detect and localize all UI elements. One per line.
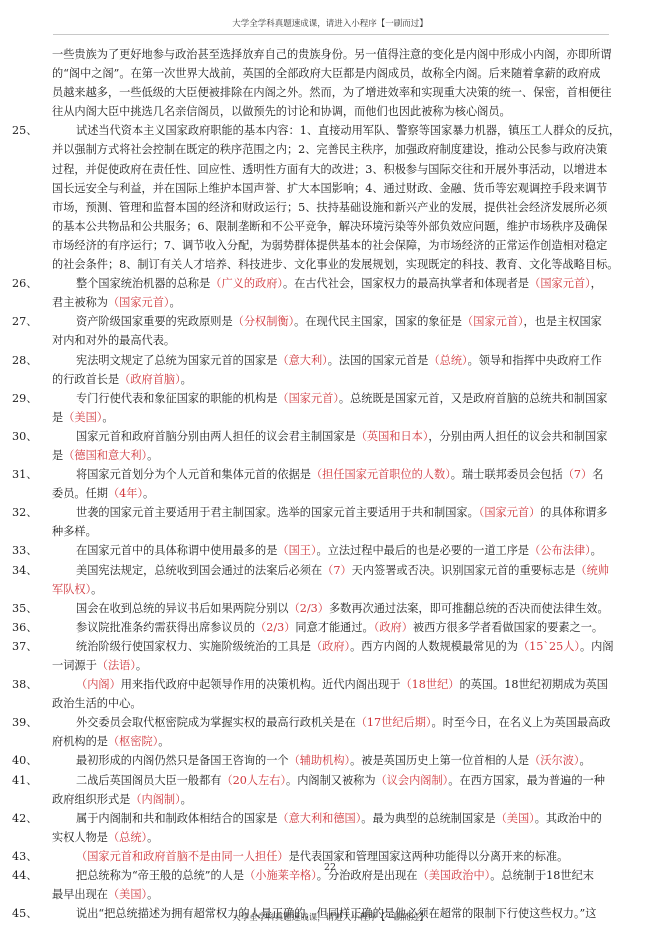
question-text: 。其政治中的 (535, 812, 602, 825)
question-list: 25、试述当代资本主义国家政府职能的基本内容：1、直接动用军队、警察等国家暴力机… (32, 121, 632, 923)
question-text: 委员。任期 (52, 487, 108, 500)
question-item: 25、试述当代资本主义国家政府职能的基本内容：1、直接动用军队、警察等国家暴力机… (32, 121, 632, 274)
question-text: 。 (143, 487, 154, 500)
answer-text: （美国） (63, 411, 102, 424)
question-line: （内阁）用来指代政府中起领导作用的决策机构。近代内阁出现于（18世纪）的英国。1… (52, 675, 632, 694)
question-line: 一词源于（法语）。 (52, 656, 632, 675)
answer-text: （7） (563, 468, 593, 481)
question-text: 。 (147, 888, 158, 901)
question-text: 将国家元首划分为个人元首和集体元首的依据是 (76, 468, 311, 481)
question-line: 世袭的国家元首主要适用于君主制国家。选举的国家元首主要适用于共和制国家。（国家元… (52, 503, 632, 522)
question-number: 41、 (12, 771, 40, 790)
question-item: 32、世袭的国家元首主要适用于君主制国家。选举的国家元首主要适用于共和制国家。（… (32, 503, 632, 541)
question-text: 被西方很多学者看做国家的要素之一。 (413, 621, 603, 634)
answer-text: （国家元首） (108, 296, 170, 309)
question-text: 。 (181, 373, 192, 386)
question-line: 市场经济的有序运行；7、调节收入分配，为弱势群体提供基本的社会保障，为市场经济的… (52, 236, 632, 255)
question-text: 种多样。 (52, 525, 97, 538)
question-text: 二战后英国阁员大臣一般都有 (76, 774, 221, 787)
answer-text: （国家元首） (462, 315, 524, 328)
question-item: 34、美国宪法规定，总统收到国会通过的法案后必须在（7）天内签署或否决。识别国家… (32, 561, 632, 599)
question-item: 27、资产阶级国家重要的宪政原则是（分权制衡）。在现代民主国家，国家的象征是（国… (32, 312, 632, 350)
question-text: 市场，预测、管理和监督本国的经济和财政运行；5、扶持基础设施和新兴产业的发展，提… (52, 201, 607, 214)
question-text: 。时至今日，在名义上为英国最高政 (431, 716, 610, 729)
question-text: 多数再次通过法案，即可推翻总统的否决而使法律生效。 (329, 602, 609, 615)
question-text: 。 (102, 411, 113, 424)
question-text: 外交委员会取代枢密院成为掌握实权的最高行政机关是在 (76, 716, 356, 729)
question-text: 。瑞士联邦委员会包括 (451, 468, 563, 481)
answer-text: （内阁制） (130, 793, 180, 806)
question-text: 是 (52, 411, 63, 424)
question-line: 统治阶级行使国家权力、实施阶级统治的工具是（政府）。西方内阁的人数规模最常见的为… (52, 637, 632, 656)
document-body: 一些贵族为了更好地参与政治甚至选择放弃自己的贵族身份。另一值得注意的变化是内阁中… (32, 45, 632, 923)
question-number: 30、 (12, 427, 40, 446)
question-item: 38、（内阁）用来指代政府中起领导作用的决策机构。近代内阁出现于（18世纪）的英… (32, 675, 632, 713)
question-text: 。 (169, 296, 180, 309)
question-text: 试述当代资本主义国家政府职能的基本内容：1、直接动用军队、警察等国家暴力机器，镇… (76, 124, 620, 137)
question-line: 专门行使代表和象征国家的职能的机构是（国家元首）。总统既是国家元首，又是政府首脑… (52, 389, 632, 408)
answer-text: （20人左右） (221, 774, 286, 787)
question-text: 过程，并促使政府在责任性、回应性、透明性方面有大的改进；3、积极参与国际交往和开… (52, 163, 607, 176)
question-item: 36、参议院批准条约需获得出席参议员的（2/3）同意才能通过。（政府）被西方很多… (32, 618, 632, 637)
question-text: 在国家元首中的具体称谓中使用最多的是 (76, 544, 277, 557)
question-line: 的行政首长是（政府首脑）。 (52, 370, 632, 389)
question-number: 29、 (12, 389, 40, 408)
question-text: 。被是英国历史上第一位首相的人是 (350, 754, 529, 767)
question-number: 33、 (12, 541, 40, 560)
question-text: 。 (579, 754, 590, 767)
question-text: 宪法明文规定了总统为国家元首的国家是 (76, 354, 277, 367)
question-text: 的基本公共物品和公共服务；6、限制垄断和不公平竞争，解决环境污染等外部负效应问题… (52, 220, 607, 233)
question-text: 。在现代民主国家，国家的象征是 (294, 315, 462, 328)
page-header: 大学全学科真题速成课，请进入小程序【一刷而过】 (0, 17, 660, 29)
answer-text: （2/3） (289, 602, 329, 615)
question-line: 试述当代资本主义国家政府职能的基本内容：1、直接动用军队、警察等国家暴力机器，镇… (52, 121, 632, 140)
question-number: 36、 (12, 618, 40, 637)
page-number: 22 (0, 862, 660, 873)
question-number: 37、 (12, 637, 40, 656)
question-text: 。总统既是国家元首，又是政府首脑的总统共和制国家 (339, 392, 608, 405)
question-text: 。 (91, 583, 102, 596)
answer-text: （枢密院） (108, 735, 158, 748)
question-line: 的社会条件；8、制订有关人才培养、科技进步、文化事业的发展规划，实现既定的科技、… (52, 255, 632, 274)
question-text: 天内签署或否决。识别国家元首的重要标志是 (352, 564, 576, 577)
question-text: 同意才能通过。 (295, 621, 373, 634)
answer-text: （法语） (97, 659, 136, 672)
question-text: 一词源于 (52, 659, 97, 672)
question-number: 34、 (12, 561, 40, 580)
question-text: 府机构的是 (52, 735, 108, 748)
question-line: 府机构的是（枢密院）。 (52, 732, 632, 751)
answer-text: （国家元首） (277, 392, 339, 405)
question-text: ， (591, 277, 602, 290)
question-line: 属于内阁制和共和制政体相结合的国家是（意大利和德国）。最为典型的总统制国家是（美… (52, 809, 632, 828)
answer-text: （政府） (311, 640, 350, 653)
question-line: 种多样。 (52, 522, 632, 541)
question-text: 。立法过程中最后的也是必要的一道工序是 (317, 544, 530, 557)
answer-text: （总统） (108, 831, 147, 844)
answer-text: （17世纪后期） (356, 716, 432, 729)
question-number: 28、 (12, 351, 40, 370)
question-line: 军队权）。 (52, 580, 632, 599)
question-line: 国长远安全与利益，并在国际上维护本国声誉、扩大本国影响；4、通过财政、金融、货币… (52, 179, 632, 198)
question-text: 。 (136, 659, 147, 672)
question-text: 国长远安全与利益，并在国际上维护本国声誉、扩大本国影响；4、通过财政、金融、货币… (52, 182, 607, 195)
answer-text: 军队权） (52, 583, 91, 596)
answer-text: （政府） (374, 621, 413, 634)
question-text: 专门行使代表和象征国家的职能的机构是 (76, 392, 277, 405)
question-text: 。在古代社会，国家权力的最高执掌者和体现者是 (283, 277, 529, 290)
question-line: 政府组织形式是（内阁制）。 (52, 790, 632, 809)
question-text: 。 (158, 735, 169, 748)
question-item: 41、二战后英国阁员大臣一般都有（20人左右）。内阁制又被称为（议会内阁制）。在… (32, 771, 632, 809)
question-line: 政治生活的中心。 (52, 694, 632, 713)
question-text: 最初形成的内阁仍然只是备国王咨询的一个 (76, 754, 289, 767)
question-item: 35、国会在收到总统的异议书后如果两院分别以（2/3）多数再次通过法案，即可推翻… (32, 599, 632, 618)
answer-text: （统帅 (575, 564, 609, 577)
answer-text: （德国和意大利） (63, 449, 147, 462)
question-line: 最初形成的内阁仍然只是备国王咨询的一个（辅助机构）。被是英国历史上第一位首相的人… (52, 751, 632, 770)
question-item: 37、统治阶级行使国家权力、实施阶级统治的工具是（政府）。西方内阁的人数规模最常… (32, 637, 632, 675)
answer-text: （议会内阁制） (376, 774, 449, 787)
question-item: 39、外交委员会取代枢密院成为掌握实权的最高行政机关是在（17世纪后期）。时至今… (32, 713, 632, 751)
answer-text: （担任国家元首职位的人数） (311, 468, 451, 481)
question-text: 的社会条件；8、制订有关人才培养、科技进步、文化事业的发展规划，实现既定的科技、… (52, 258, 619, 271)
question-text: 用来指代政府中起领导作用的决策机构。近代内阁出现于 (121, 678, 401, 691)
question-text: 。 (591, 544, 602, 557)
question-text: 。领导和指挥中央政府工作 (468, 354, 602, 367)
answer-text: （18世纪） (400, 678, 459, 691)
question-text: 并以强制方式将社会控制在既定的秩序范围之内；2、完善民主秩序，加强政府制度建设，… (52, 143, 607, 156)
answer-text: （广义的政府） (210, 277, 283, 290)
answer-text: （沃尔波） (529, 754, 579, 767)
question-line: 是（美国）。 (52, 408, 632, 427)
question-text: 参议院批准条约需获得出席参议员的 (76, 621, 255, 634)
question-text: 对内和对外的最高代表。 (52, 334, 175, 347)
answer-text: （2/3） (255, 621, 295, 634)
question-text: 。 (147, 831, 158, 844)
header-divider (53, 34, 609, 35)
question-text: 的英国。18世纪初期成为英国 (459, 678, 608, 691)
question-text: 君主被称为 (52, 296, 108, 309)
question-line: 君主被称为（国家元首）。 (52, 293, 632, 312)
question-line: 最早出现在（美国）。 (52, 885, 632, 904)
answer-text: （政府首脑） (119, 373, 181, 386)
question-line: 整个国家统治机器的总称是（广义的政府）。在古代社会，国家权力的最高执掌者和体现者… (52, 274, 632, 293)
question-line: 实权人物是（总统）。 (52, 828, 632, 847)
question-text: 。最为典型的总统制国家是 (361, 812, 495, 825)
answer-text: （国王） (277, 544, 316, 557)
answer-text: （公布法律） (529, 544, 591, 557)
question-line: 国家元首和政府首脑分别由两人担任的议会君主制国家是（英国和日本），分别由两人担任… (52, 427, 632, 446)
question-text: 。 (147, 449, 158, 462)
question-text: 统治阶级行使国家权力、实施阶级统治的工具是 (76, 640, 311, 653)
question-line: 资产阶级国家重要的宪政原则是（分权制衡）。在现代民主国家，国家的象征是（国家元首… (52, 312, 632, 331)
question-number: 35、 (12, 599, 40, 618)
question-line: 在国家元首中的具体称谓中使用最多的是（国王）。立法过程中最后的也是必要的一道工序… (52, 541, 632, 560)
question-number: 25、 (12, 121, 40, 140)
question-number: 31、 (12, 465, 40, 484)
question-text: 属于内阁制和共和制政体相结合的国家是 (76, 812, 277, 825)
question-line: 委员。任期（4年）。 (52, 484, 632, 503)
question-text: 最早出现在 (52, 888, 108, 901)
question-line: 市场，预测、管理和监督本国的经济和财政运行；5、扶持基础设施和新兴产业的发展，提… (52, 198, 632, 217)
question-text: 政治生活的中心。 (52, 697, 142, 710)
answer-text: （国家元首） (529, 277, 591, 290)
answer-text: （国家元首） (479, 506, 541, 519)
question-item: 29、专门行使代表和象征国家的职能的机构是（国家元首）。总统既是国家元首，又是政… (32, 389, 632, 427)
answer-text: （美国） (108, 888, 147, 901)
question-text: 是代表国家和管理国家这两种功能得以分离开来的标准。 (289, 850, 569, 863)
question-text: 。 (181, 793, 192, 806)
intro-line: 的“阁中之阁”。在第一次世界大战前，英国的全部政府大臣都是内阁成员，故称全内阁。… (52, 64, 632, 83)
question-item: 33、在国家元首中的具体称谓中使用最多的是（国王）。立法过程中最后的也是必要的一… (32, 541, 632, 560)
question-number: 42、 (12, 809, 40, 828)
answer-text: （15`25人） (518, 640, 580, 653)
question-text: 美国宪法规定，总统收到国会通过的法案后必须在 (76, 564, 322, 577)
question-text: 的具体称谓多 (540, 506, 607, 519)
question-item: 30、国家元首和政府首脑分别由两人担任的议会君主制国家是（英国和日本），分别由两… (32, 427, 632, 465)
question-item: 31、将国家元首划分为个人元首和集体元首的依据是（担任国家元首职位的人数）。瑞士… (32, 465, 632, 503)
question-text: 整个国家统治机器的总称是 (76, 277, 210, 290)
question-number: 27、 (12, 312, 40, 331)
question-line: 的基本公共物品和公共服务；6、限制垄断和不公平竞争，解决环境污染等外部负效应问题… (52, 217, 632, 236)
answer-text: （英国和日本） (356, 430, 429, 443)
question-text: 。内阁制又被称为 (286, 774, 376, 787)
question-line: 过程，并促使政府在责任性、回应性、透明性方面有大的改进；3、积极参与国际交往和开… (52, 160, 632, 179)
question-text: 的行政首长是 (52, 373, 119, 386)
question-item: 28、宪法明文规定了总统为国家元首的国家是（意大利）。法国的国家元首是（总统）。… (32, 351, 632, 389)
question-text: 世袭的国家元首主要适用于君主制国家。选举的国家元首主要适用于共和制国家。 (76, 506, 479, 519)
intro-line: 一些贵族为了更好地参与政治甚至选择放弃自己的贵族身份。另一值得注意的变化是内阁中… (52, 45, 632, 64)
question-line: 对内和对外的最高代表。 (52, 331, 632, 350)
answer-text: （国家元首和政府首脑不是由同一人担任） (76, 850, 289, 863)
question-line: 国会在收到总统的异议书后如果两院分别以（2/3）多数再次通过法案，即可推翻总统的… (52, 599, 632, 618)
answer-text: （4年） (108, 487, 143, 500)
question-text: 实权人物是 (52, 831, 108, 844)
question-text: ，分别由两人担任的议会共和制国家 (428, 430, 607, 443)
question-line: 是（德国和意大利）。 (52, 446, 632, 465)
question-line: 二战后英国阁员大臣一般都有（20人左右）。内阁制又被称为（议会内阁制）。在西方国… (52, 771, 632, 790)
question-text: 政府组织形式是 (52, 793, 130, 806)
question-item: 40、最初形成的内阁仍然只是备国王咨询的一个（辅助机构）。被是英国历史上第一位首… (32, 751, 632, 770)
question-number: 38、 (12, 675, 40, 694)
question-number: 32、 (12, 503, 40, 522)
question-item: 26、整个国家统治机器的总称是（广义的政府）。在古代社会，国家权力的最高执掌者和… (32, 274, 632, 312)
question-line: 宪法明文规定了总统为国家元首的国家是（意大利）。法国的国家元首是（总统）。领导和… (52, 351, 632, 370)
question-text: 。法国的国家元首是 (328, 354, 429, 367)
answer-text: （分权制衡） (233, 315, 295, 328)
question-text: 国会在收到总统的异议书后如果两院分别以 (76, 602, 289, 615)
question-number: 40、 (12, 751, 40, 770)
question-text: ，也是主权国家 (524, 315, 602, 328)
question-text: 是 (52, 449, 63, 462)
intro-paragraph: 一些贵族为了更好地参与政治甚至选择放弃自己的贵族身份。另一值得注意的变化是内阁中… (32, 45, 632, 121)
question-line: 并以强制方式将社会控制在既定的秩序范围之内；2、完善民主秩序，加强政府制度建设，… (52, 140, 632, 159)
answer-text: （美国） (496, 812, 535, 825)
question-text: 。西方内阁的人数规模最常见的为 (350, 640, 518, 653)
question-text: 市场经济的有序运行；7、调节收入分配，为弱势群体提供基本的社会保障，为市场经济的… (52, 239, 607, 252)
intro-line: 员越来越多，一些低级的大臣便被排除在内阁之外。然而，为了增进效率和实现重大决策的… (52, 83, 632, 102)
answer-text: （意大利） (277, 354, 327, 367)
question-number: 39、 (12, 713, 40, 732)
question-text: 。在西方国家，最为普遍的一种 (448, 774, 605, 787)
question-text: 名 (592, 468, 603, 481)
question-text: 资产阶级国家重要的宪政原则是 (76, 315, 233, 328)
page-footer: 大学全学科真题速成课，请进入小程序【一刷而过】 (0, 911, 660, 923)
intro-line: 往从内阁大臣中挑选几名亲信阁员，以做预先的讨论和协调，而他们也因此被称为核心阁员… (52, 102, 632, 121)
question-line: 将国家元首划分为个人元首和集体元首的依据是（担任国家元首职位的人数）。瑞士联邦委… (52, 465, 632, 484)
question-text: 。内阁 (580, 640, 614, 653)
answer-text: （总统） (428, 354, 467, 367)
answer-text: （意大利和德国） (277, 812, 361, 825)
answer-text: （辅助机构） (289, 754, 351, 767)
question-item: 42、属于内阁制和共和制政体相结合的国家是（意大利和德国）。最为典型的总统制国家… (32, 809, 632, 847)
question-line: 外交委员会取代枢密院成为掌握实权的最高行政机关是在（17世纪后期）。时至今日，在… (52, 713, 632, 732)
question-number: 26、 (12, 274, 40, 293)
answer-text: （7） (322, 564, 352, 577)
answer-text: （内阁） (76, 678, 121, 691)
question-text: 国家元首和政府首脑分别由两人担任的议会君主制国家是 (76, 430, 356, 443)
question-line: 参议院批准条约需获得出席参议员的（2/3）同意才能通过。（政府）被西方很多学者看… (52, 618, 632, 637)
question-line: 美国宪法规定，总统收到国会通过的法案后必须在（7）天内签署或否决。识别国家元首的… (52, 561, 632, 580)
